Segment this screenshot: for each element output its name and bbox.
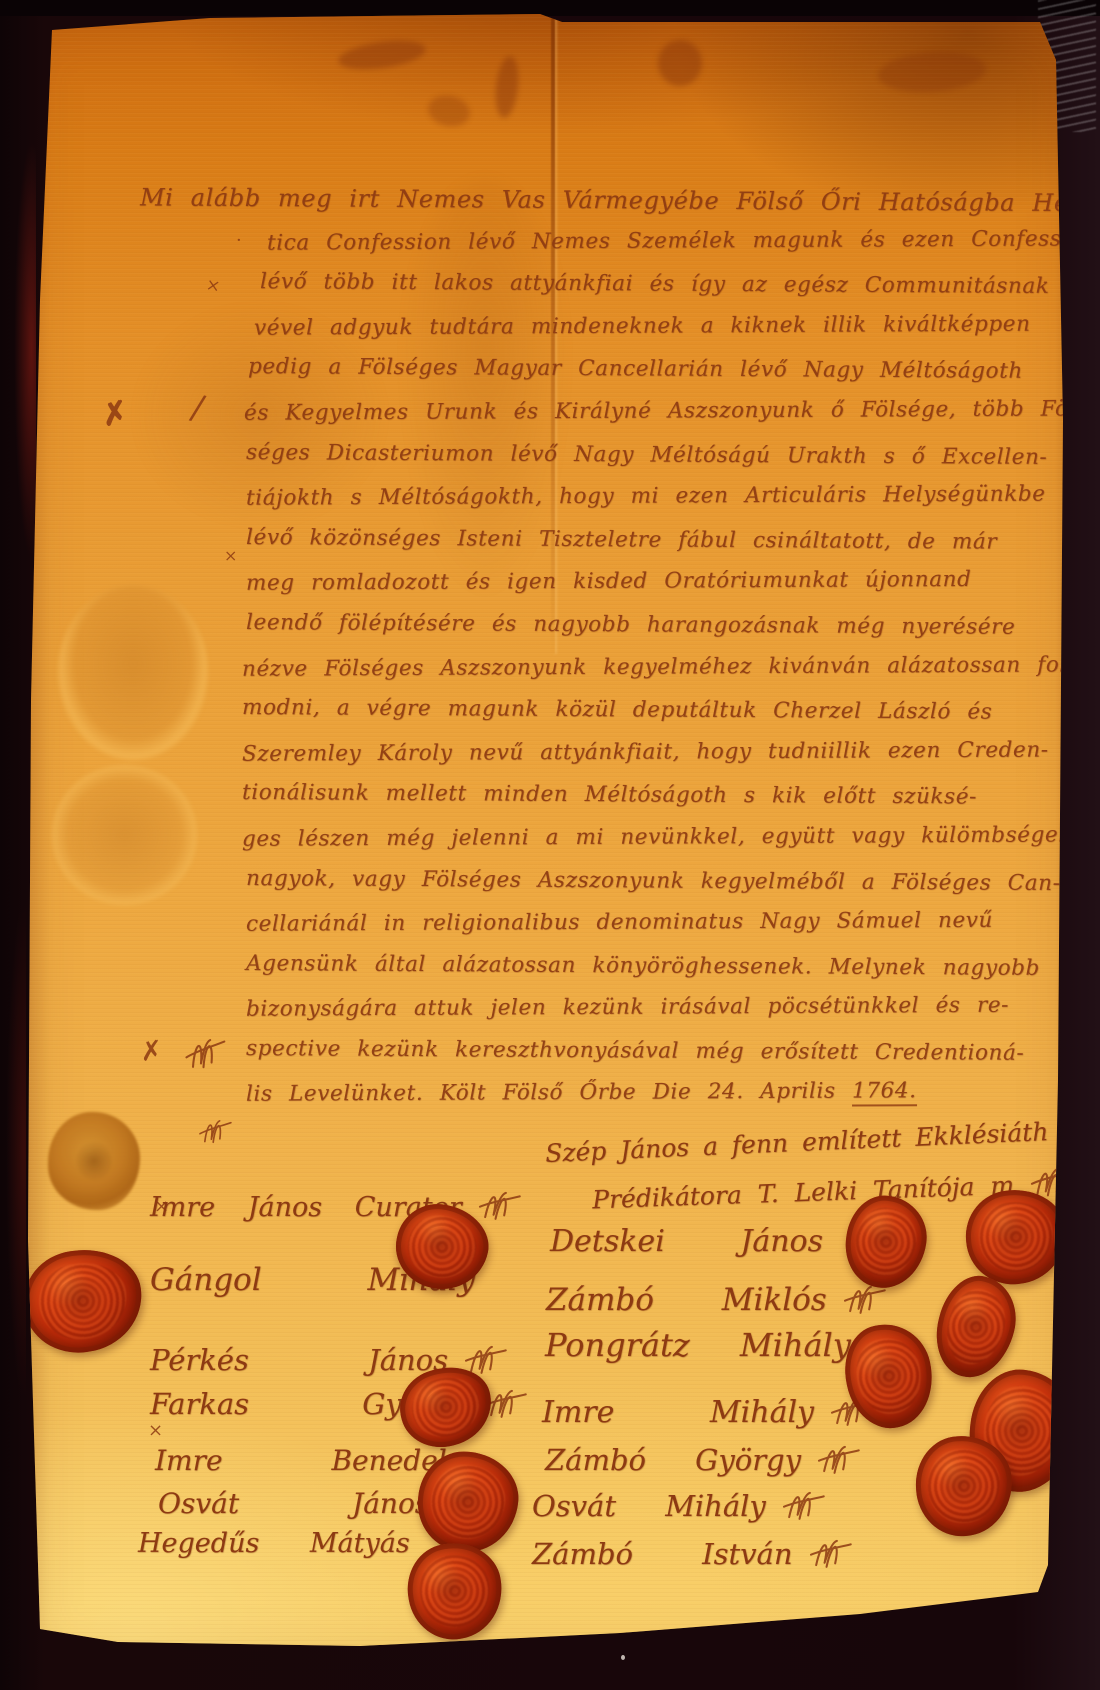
signature-name: Osvát János [158,1487,429,1520]
signature: Osvát Mihály [532,1486,826,1524]
signature-name: Pongrátz Mihály [545,1326,851,1364]
signature: Zámbó István [532,1534,853,1572]
signature-name: Pérkés János [150,1343,448,1377]
wax-seal [927,1268,1025,1385]
signature: Hegedűs Mátyás [138,1528,410,1559]
signature-flourish-icon [807,1534,853,1572]
attestation-text: Prédikátora T. Lelki Tanítója m [592,1171,1015,1215]
manuscript-body: Mi alább meg irt Nemes Vas Vármegyébe Fö… [140,186,1012,1123]
signature-name: Zámbó Miklós [546,1282,827,1318]
handwritten-line: leendő fölépítésére és nagyobb harangozá… [140,609,1012,657]
signature-name: Imre Mihály [542,1395,814,1430]
photo-border-top [0,0,1100,16]
handwritten-line: Mi alább meg irt Nemes Vas Vármegyébe Fö… [140,183,1012,231]
handwritten-line: séges Dicasteriumon lévő Nagy Méltóságú … [140,439,1012,487]
margin-mark: ✗ [99,394,131,434]
wax-seal [17,1242,148,1359]
handwritten-line: ges lészen még jelenni a mi nevünkkel, e… [140,823,1012,870]
handwritten-line: tionálisunk mellett minden Méltóságoth s… [140,780,1012,828]
ink-smudge [337,36,428,74]
dust-speck [621,1655,625,1660]
handwritten-line: tica Confession lévő Nemes Személek magu… [140,226,1012,273]
attestation-line: Szép János a fenn említett Ekklésiáth [545,1117,1049,1168]
signature-flourish-icon [815,1440,861,1478]
signature: Detskei János [550,1224,823,1259]
ink-smudge [658,40,702,86]
dateline-year: 1764. [852,1079,917,1107]
handwritten-line: Agensünk által alázatossan könyöröghesse… [140,950,1012,998]
handwritten-line: pedig a Fölséges Magyar Cancellarián lév… [140,354,1012,402]
margin-mark: × [148,1420,163,1441]
film-light-leak [6,900,26,1400]
handwritten-line: és Kegyelmes Urunk és Királyné Aszszonyu… [140,397,1012,444]
faded-wax-seal [48,1112,140,1210]
handwritten-line: vével adgyuk tudtára mindeneknek a kikne… [140,311,1012,358]
margin-mark: ✗ [138,1035,164,1068]
ink-smudge [493,55,521,119]
handwritten-line: spective kezünk kereszthvonyásával még e… [140,1035,1012,1083]
signature: Pongrátz Mihály [545,1326,851,1364]
wax-seal [400,1536,509,1647]
signature: Imre Mihály [542,1392,874,1430]
signature: Zámbó Miklós [546,1280,887,1318]
handwritten-line: lévő több itt lakos attyánkfiai és így a… [140,269,1012,317]
pen-flourish-icon [180,1031,231,1075]
margin-mark: · [236,230,242,251]
handwritten-line: tiájokth s Méltóságokth, hogy mi ezen Ar… [140,482,1012,529]
manuscript-paper: Mi alább meg irt Nemes Vas Vármegyébe Fö… [0,0,1100,1690]
signature-name: Zámbó István [532,1537,793,1571]
signature-name: Hegedűs Mátyás [138,1528,410,1559]
handwritten-line: Szeremley Károly nevű attyánkfiait, hogy… [140,737,1012,784]
handwritten-line: meg romladozott és igen kisded Oratórium… [140,567,1012,614]
handwritten-line: modni, a végre magunk közül deputáltuk C… [140,694,1012,742]
signature-name: Detskei János [550,1224,823,1259]
dateline: lis Levelünket. Költ Fölső Őrbe Die 24. … [140,1078,1012,1125]
signature: Imre Benedek [155,1444,455,1477]
handwritten-line: lévő közönséges Isteni Tiszteletre fábul… [140,524,1012,572]
ink-smudge [425,92,472,130]
signature-name: Zámbó György [545,1443,801,1477]
dateline-text: lis Levelünket. Költ Fölső Őrbe Die 24. … [246,1079,852,1107]
signature-name: Imre Benedek [155,1444,455,1477]
handwritten-line: cellariánál in religionalibus denominatu… [140,908,1012,955]
margin-mark: × [224,546,237,565]
signature-flourish-icon [476,1186,522,1224]
signature: Osvát János [158,1487,429,1520]
handwritten-line: bizonyságára attuk jelen kezünk irásával… [140,993,1012,1040]
handwritten-line: nézve Fölséges Aszszonyunk kegyelméhez k… [140,652,1012,699]
handwritten-line: nagyok, vagy Fölséges Aszszonyunk kegyel… [140,865,1012,913]
signature-name: Osvát Mihály [532,1489,766,1523]
film-light-leak [14,140,36,560]
pen-flourish-icon [195,1114,234,1147]
ink-smudge [877,48,988,95]
signature: Zámbó György [545,1440,861,1478]
signature-flourish-icon [780,1486,826,1524]
